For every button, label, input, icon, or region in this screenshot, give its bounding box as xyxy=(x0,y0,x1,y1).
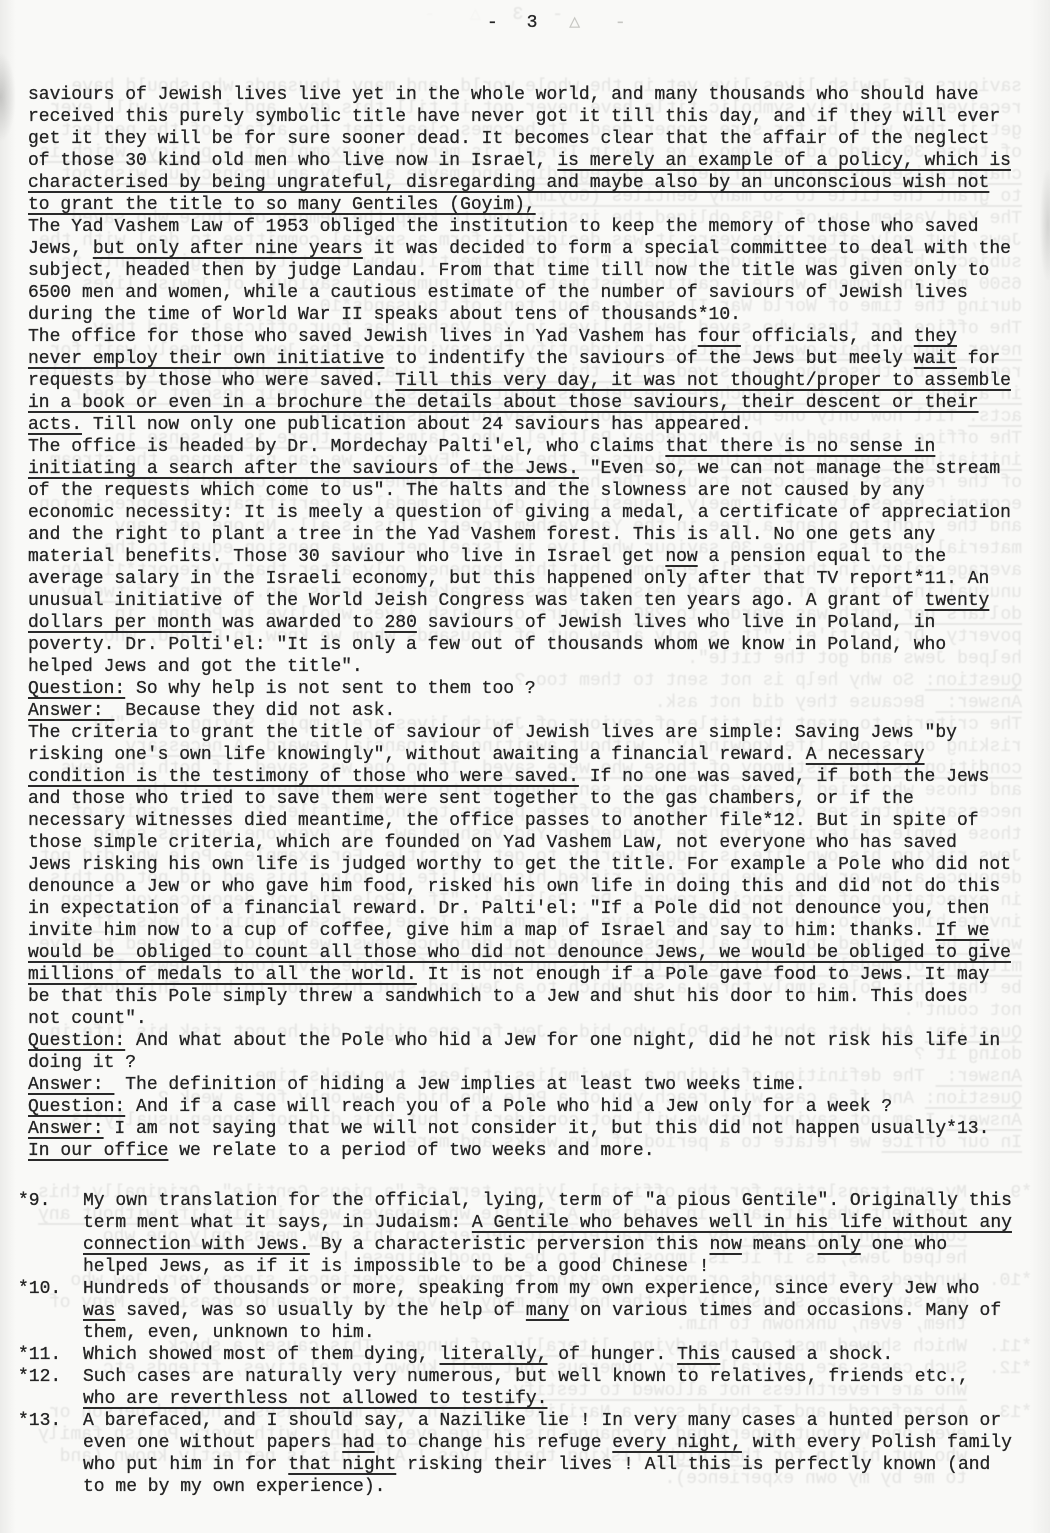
underlined-text: If we xyxy=(935,921,989,941)
footnote: *13.A barefaced, and I should say, a Naz… xyxy=(18,1410,1030,1498)
plain-text: The Yad Vashem Law of 1953 obliged the i… xyxy=(28,217,979,237)
plain-text: It is not enough if a Pole gave food to … xyxy=(417,965,990,985)
footnotes-section: *9.My own translation for the official, … xyxy=(18,1190,1030,1498)
text-line: of those 30 kind old men who live now in… xyxy=(28,150,1030,172)
underlined-text: Answer: xyxy=(28,1075,114,1095)
plain-text: we relate to a period of two weeks and m… xyxy=(168,1141,654,1161)
plain-text: a pension equal to the xyxy=(698,547,946,567)
plain-text: So why help is not sent to them too ? xyxy=(125,679,535,699)
plain-text: Which showed most of them dying, xyxy=(83,1345,439,1365)
plain-text: them, even, unknown to him. xyxy=(83,1323,375,1343)
plain-text: material benefits. Those 30 saviour who … xyxy=(28,547,665,567)
plain-text: get it they will be for sure sooner dead… xyxy=(28,129,989,149)
text-line: those simple criteria, which are founded… xyxy=(28,832,1030,854)
text-line: received this purely symbolic title have… xyxy=(28,106,1030,128)
plain-text: who put him in for xyxy=(83,1455,288,1475)
text-line: them, even, unknown to him. xyxy=(83,1322,1030,1344)
underlined-text: Till this very day, it was not thought/p… xyxy=(395,371,1011,391)
underlined-text: This xyxy=(677,1345,720,1365)
text-line: Question: And what about the Pole who hi… xyxy=(28,1030,1030,1052)
plain-text: of those 30 kind old men who live now in… xyxy=(28,151,557,171)
text-line: connection with Jews. By a characteristi… xyxy=(83,1234,1030,1256)
footnote-text: Hundreds of thousands or more, speaking … xyxy=(83,1278,1030,1344)
text-line: Hundreds of thousands or more, speaking … xyxy=(83,1278,1030,1300)
text-line: and the right to plant a tree in the Yad… xyxy=(28,524,1030,546)
text-line: 6500 men and women, while a cautious est… xyxy=(28,282,1030,304)
underlined-text: Question: xyxy=(28,1097,125,1117)
text-line: The office for those who saved Jewish li… xyxy=(28,326,1030,348)
text-line: In our office we relate to a period of t… xyxy=(28,1140,1030,1162)
underlined-text: characterised by being ungrateful, disre… xyxy=(28,173,989,193)
plain-text: A barefaced, and I should say, a Nazilik… xyxy=(83,1411,1001,1431)
underlined-text: many xyxy=(526,1301,569,1321)
text-line: necessary witnesses died meantime, the o… xyxy=(28,810,1030,832)
plain-text: saved, was so usually by the help of xyxy=(115,1301,525,1321)
text-line: Jews, but only after nine years it was d… xyxy=(28,238,1030,260)
footnote: *9.My own translation for the official, … xyxy=(18,1190,1030,1278)
underlined-text: Question: xyxy=(28,1031,125,1051)
text-line: in expectation of a financial reward. Dr… xyxy=(28,898,1030,920)
text-line: saviours of Jewish lives live yet in the… xyxy=(28,84,1030,106)
underlined-text: condition is the testimony of those who … xyxy=(28,767,579,787)
underlined-text: connection with Jews. xyxy=(83,1235,310,1255)
underlined-text: A necessary xyxy=(806,745,925,765)
text-line: dollars per month was awarded to 280 sav… xyxy=(28,612,1030,634)
text-line: who put him in for that night risking th… xyxy=(83,1454,1030,1476)
text-line: denounce a Jew or who gave him food, ris… xyxy=(28,876,1030,898)
plain-text: 6500 men and women, while a cautious est… xyxy=(28,283,968,303)
plain-text: Such cases are naturally very numerous, … xyxy=(83,1367,969,1387)
underlined-text: Answer: xyxy=(28,1119,104,1139)
plain-text: Jews, xyxy=(28,239,93,259)
text-line: acts. Till now only one publication abou… xyxy=(28,414,1030,436)
text-line: in a book or even in a brochure the deta… xyxy=(28,392,1030,414)
underlined-text: dollars per month xyxy=(28,613,212,633)
plain-text: to change his refuge xyxy=(375,1433,613,1453)
plain-text: poverty. Dr. Polti'el: "It is only a few… xyxy=(28,635,946,655)
footnote-marker: *10. xyxy=(18,1278,83,1300)
text-line: Question: And if a case will reach you o… xyxy=(28,1096,1030,1118)
underlined-text: would be obliged to count all those who … xyxy=(28,943,1011,963)
text-line: My own translation for the official, lyi… xyxy=(83,1190,1030,1212)
plain-text: be that this Pole simply threw a sandwhi… xyxy=(28,987,968,1007)
text-line: and those who tried to save them were se… xyxy=(28,788,1030,810)
underlined-text: A Gentile who behaves well in his life w… xyxy=(472,1213,1012,1233)
text-line: not count". xyxy=(28,1008,1030,1030)
underlined-text: only xyxy=(818,1235,861,1255)
text-line: Answer: I am not saying that we will not… xyxy=(28,1118,1030,1140)
text-line: to me by my own experience). xyxy=(83,1476,1030,1498)
footnote-text: A barefaced, and I should say, a Nazilik… xyxy=(83,1410,1030,1498)
plain-text: on various times and occasions. Many of xyxy=(569,1301,1001,1321)
text-line: Which showed most of them dying, literal… xyxy=(83,1344,1030,1366)
text-line: economic necessity: It is meely a questi… xyxy=(28,502,1030,524)
footnote-text: Such cases are naturally very numerous, … xyxy=(83,1366,1030,1410)
plain-text: risking one's own life knowingly", witho… xyxy=(28,745,806,765)
underlined-text: they xyxy=(914,327,957,347)
plain-text: The criteria to grant the title of savio… xyxy=(28,723,957,743)
page-number: - 3 xyxy=(487,13,546,33)
text-line: average salary in the Israeli economy, b… xyxy=(28,568,1030,590)
plain-text: for xyxy=(957,349,1000,369)
text-line: The criteria to grant the title of savio… xyxy=(28,722,1030,744)
text-line: helped Jews and got the title". xyxy=(28,656,1030,678)
plain-text: of the requests which come to us". The h… xyxy=(28,481,925,501)
plain-text: in expectation of a financial reward. Dr… xyxy=(28,899,989,919)
footnote-marker: *11. xyxy=(18,1344,83,1366)
underlined-text: who are reverthless not allowed to testi… xyxy=(83,1389,547,1409)
underlined-text: Question: xyxy=(28,679,125,699)
text-line: subject, headed then by judge Landau. Fr… xyxy=(28,260,1030,282)
footnote-text: Which showed most of them dying, literal… xyxy=(83,1344,1030,1366)
plain-text: subject, headed then by judge Landau. Fr… xyxy=(28,261,989,281)
plain-text: even one without papers xyxy=(83,1433,342,1453)
underlined-text: millions of medals to all the world. xyxy=(28,965,417,985)
plain-text: Till now only one publication about 24 s… xyxy=(82,415,752,435)
plain-text: was awarded to xyxy=(212,613,385,633)
plain-text: one who xyxy=(861,1235,947,1255)
plain-text: during the time of World War II speaks a… xyxy=(28,305,741,325)
plain-text: By a characteristic perversion this xyxy=(310,1235,710,1255)
underlined-text: In our office xyxy=(28,1141,168,1161)
plain-text: The office for those who saved Jewish li… xyxy=(28,327,698,347)
plain-text: And what about the Pole who hid a Jew fo… xyxy=(125,1031,1000,1051)
underlined-text: literally, xyxy=(439,1345,547,1365)
plain-text: My own translation for the official, lyi… xyxy=(83,1191,1012,1211)
footnote-text: My own translation for the official, lyi… xyxy=(83,1190,1030,1278)
plain-text: received this purely symbolic title have… xyxy=(28,107,1000,127)
plain-text: caused a shock. xyxy=(720,1345,893,1365)
plain-text: it was decided to form a special committ… xyxy=(363,239,1011,259)
text-line: would be obliged to count all those who … xyxy=(28,942,1030,964)
footnote-marker: *12. xyxy=(18,1366,83,1388)
plain-text: saviours of Jewish lives live yet in the… xyxy=(28,85,979,105)
plain-text: to indentify the saviours of the Jews bu… xyxy=(384,349,913,369)
text-line: during the time of World War II speaks a… xyxy=(28,304,1030,326)
plain-text: invite him now to a cup of coffee, give … xyxy=(28,921,935,941)
plain-text: not count". xyxy=(28,1009,147,1029)
plain-text: economic necessity: It is meely a questi… xyxy=(28,503,1011,523)
text-line: Such cases are naturally very numerous, … xyxy=(83,1366,1030,1388)
underlined-text: in a book or even in a brochure the deta… xyxy=(28,393,979,413)
text-line: helped Jews, as if it is impossible to b… xyxy=(83,1256,1030,1278)
plain-text: to me by my own experience). xyxy=(83,1477,385,1497)
plain-text: with every Polish family xyxy=(742,1433,1012,1453)
text-line: even one without papers had to change hi… xyxy=(83,1432,1030,1454)
text-line: A barefaced, and I should say, a Nazilik… xyxy=(83,1410,1030,1432)
underlined-text: never employ their own initiative xyxy=(28,349,384,369)
footnote: *11.Which showed most of them dying, lit… xyxy=(18,1344,1030,1366)
underlined-text: that night xyxy=(288,1455,396,1475)
plain-text: and the right to plant a tree in the Yad… xyxy=(28,525,935,545)
underlined-text: 280 xyxy=(384,613,416,633)
text-line: material benefits. Those 30 saviour who … xyxy=(28,546,1030,568)
underlined-text: had xyxy=(342,1433,374,1453)
footnote-marker: *13. xyxy=(18,1410,83,1432)
underlined-text: that there is no sense in xyxy=(665,437,935,457)
text-line: Answer: Because they did not ask. xyxy=(28,700,1030,722)
text-line: who are reverthless not allowed to testi… xyxy=(83,1388,1030,1410)
footnote: *10.Hundreds of thousands or more, speak… xyxy=(18,1278,1030,1344)
page-header: - 3 △ - xyxy=(487,12,638,34)
underlined-text: wait xyxy=(914,349,957,369)
text-line: poverty. Dr. Polti'el: "It is only a few… xyxy=(28,634,1030,656)
text-line: initiating a search after the saviours o… xyxy=(28,458,1030,480)
plain-text: "Even so, we can not manage the stream xyxy=(579,459,1000,479)
plain-text: risking their lives ! All this is perfec… xyxy=(396,1455,990,1475)
plain-text: helped Jews and got the title". xyxy=(28,657,363,677)
footnote-marker: *9. xyxy=(18,1190,83,1212)
underlined-text: to grant the title to so many Gentiles (… xyxy=(28,195,536,215)
page-content: - 3 △ - saviours of Jewish lives live ye… xyxy=(0,0,1050,1533)
underlined-text: four xyxy=(698,327,741,347)
text-line: The office is headed by Dr. Mordechay Pa… xyxy=(28,436,1030,458)
text-line: never employ their own initiative to ind… xyxy=(28,348,1030,370)
plain-text: necessary witnesses died meantime, the o… xyxy=(28,811,979,831)
plain-text: and those who tried to save them were se… xyxy=(28,789,914,809)
scan-artifact xyxy=(1040,170,1050,280)
plain-text: saviours of Jewish lives who live in Pol… xyxy=(417,613,935,633)
plain-text: of hunger. xyxy=(548,1345,678,1365)
text-line: risking one's own life knowingly", witho… xyxy=(28,744,1030,766)
footnote: *12.Such cases are naturally very numero… xyxy=(18,1366,1030,1410)
text-line: The Yad Vashem Law of 1953 obliged the i… xyxy=(28,216,1030,238)
plain-text: doing it ? xyxy=(28,1053,136,1073)
pencil-marks: △ - xyxy=(546,13,637,33)
plain-text: average salary in the Israeli economy, b… xyxy=(28,569,989,589)
underlined-text: now xyxy=(665,547,697,567)
text-line: Question: So why help is not sent to the… xyxy=(28,678,1030,700)
plain-text: unusual initiative of the World Jeish Co… xyxy=(28,591,925,611)
plain-text: Jews risking his own life is judged wort… xyxy=(28,855,1011,875)
plain-text: Hundreds of thousands or more, speaking … xyxy=(83,1279,980,1299)
text-line: be that this Pole simply threw a sandwhi… xyxy=(28,986,1030,1008)
plain-text: If no one was saved, if both the Jews xyxy=(579,767,989,787)
plain-text: means xyxy=(742,1235,818,1255)
text-line: Answer: The definition of hiding a Jew i… xyxy=(28,1074,1030,1096)
text-line: term ment what it says, in Judaism: A Ge… xyxy=(83,1212,1030,1234)
text-line: millions of medals to all the world. It … xyxy=(28,964,1030,986)
text-line: get it they will be for sure sooner dead… xyxy=(28,128,1030,150)
plain-text: And if a case will reach you of a Pole w… xyxy=(125,1097,892,1117)
underlined-text: initiating a search after the saviours o… xyxy=(28,459,579,479)
text-line: condition is the testimony of those who … xyxy=(28,766,1030,788)
text-line: requests by those who were saved. Till t… xyxy=(28,370,1030,392)
plain-text: denounce a Jew or who gave him food, ris… xyxy=(28,877,1000,897)
text-line: unusual initiative of the World Jeish Co… xyxy=(28,590,1030,612)
underlined-text: now xyxy=(710,1235,742,1255)
plain-text: helped Jews, as if it is impossible to b… xyxy=(83,1257,710,1277)
plain-text: requests by those who were saved. xyxy=(28,371,395,391)
plain-text: I am not saying that we will not conside… xyxy=(104,1119,990,1139)
underlined-text: was xyxy=(83,1301,115,1321)
underlined-text: acts. xyxy=(28,415,82,435)
document-body: saviours of Jewish lives live yet in the… xyxy=(28,84,1030,1162)
scanned-page: - 3 △ - saviours of Jewish lives live ye… xyxy=(0,0,1050,1533)
plain-text: Because they did not ask. xyxy=(114,701,395,721)
plain-text: The office is headed by Dr. Mordechay Pa… xyxy=(28,437,665,457)
underlined-text: every night, xyxy=(612,1433,742,1453)
underlined-text: is merely an example of a policy, which … xyxy=(557,151,1011,171)
underlined-text: but only after nine years xyxy=(93,239,363,259)
plain-text: officials, and xyxy=(741,327,914,347)
text-line: to grant the title to so many Gentiles (… xyxy=(28,194,1030,216)
plain-text: term ment what it says, in Judaism: xyxy=(83,1213,472,1233)
text-line: characterised by being ungrateful, disre… xyxy=(28,172,1030,194)
plain-text: The definition of hiding a Jew implies a… xyxy=(114,1075,805,1095)
scan-artifact xyxy=(0,52,16,142)
text-line: invite him now to a cup of coffee, give … xyxy=(28,920,1030,942)
plain-text: those simple criteria, which are founded… xyxy=(28,833,957,853)
underlined-text: Answer: xyxy=(28,701,114,721)
text-line: doing it ? xyxy=(28,1052,1030,1074)
text-line: of the requests which come to us". The h… xyxy=(28,480,1030,502)
text-line: was saved, was so usually by the help of… xyxy=(83,1300,1030,1322)
underlined-text: twenty xyxy=(925,591,990,611)
text-line: Jews risking his own life is judged wort… xyxy=(28,854,1030,876)
